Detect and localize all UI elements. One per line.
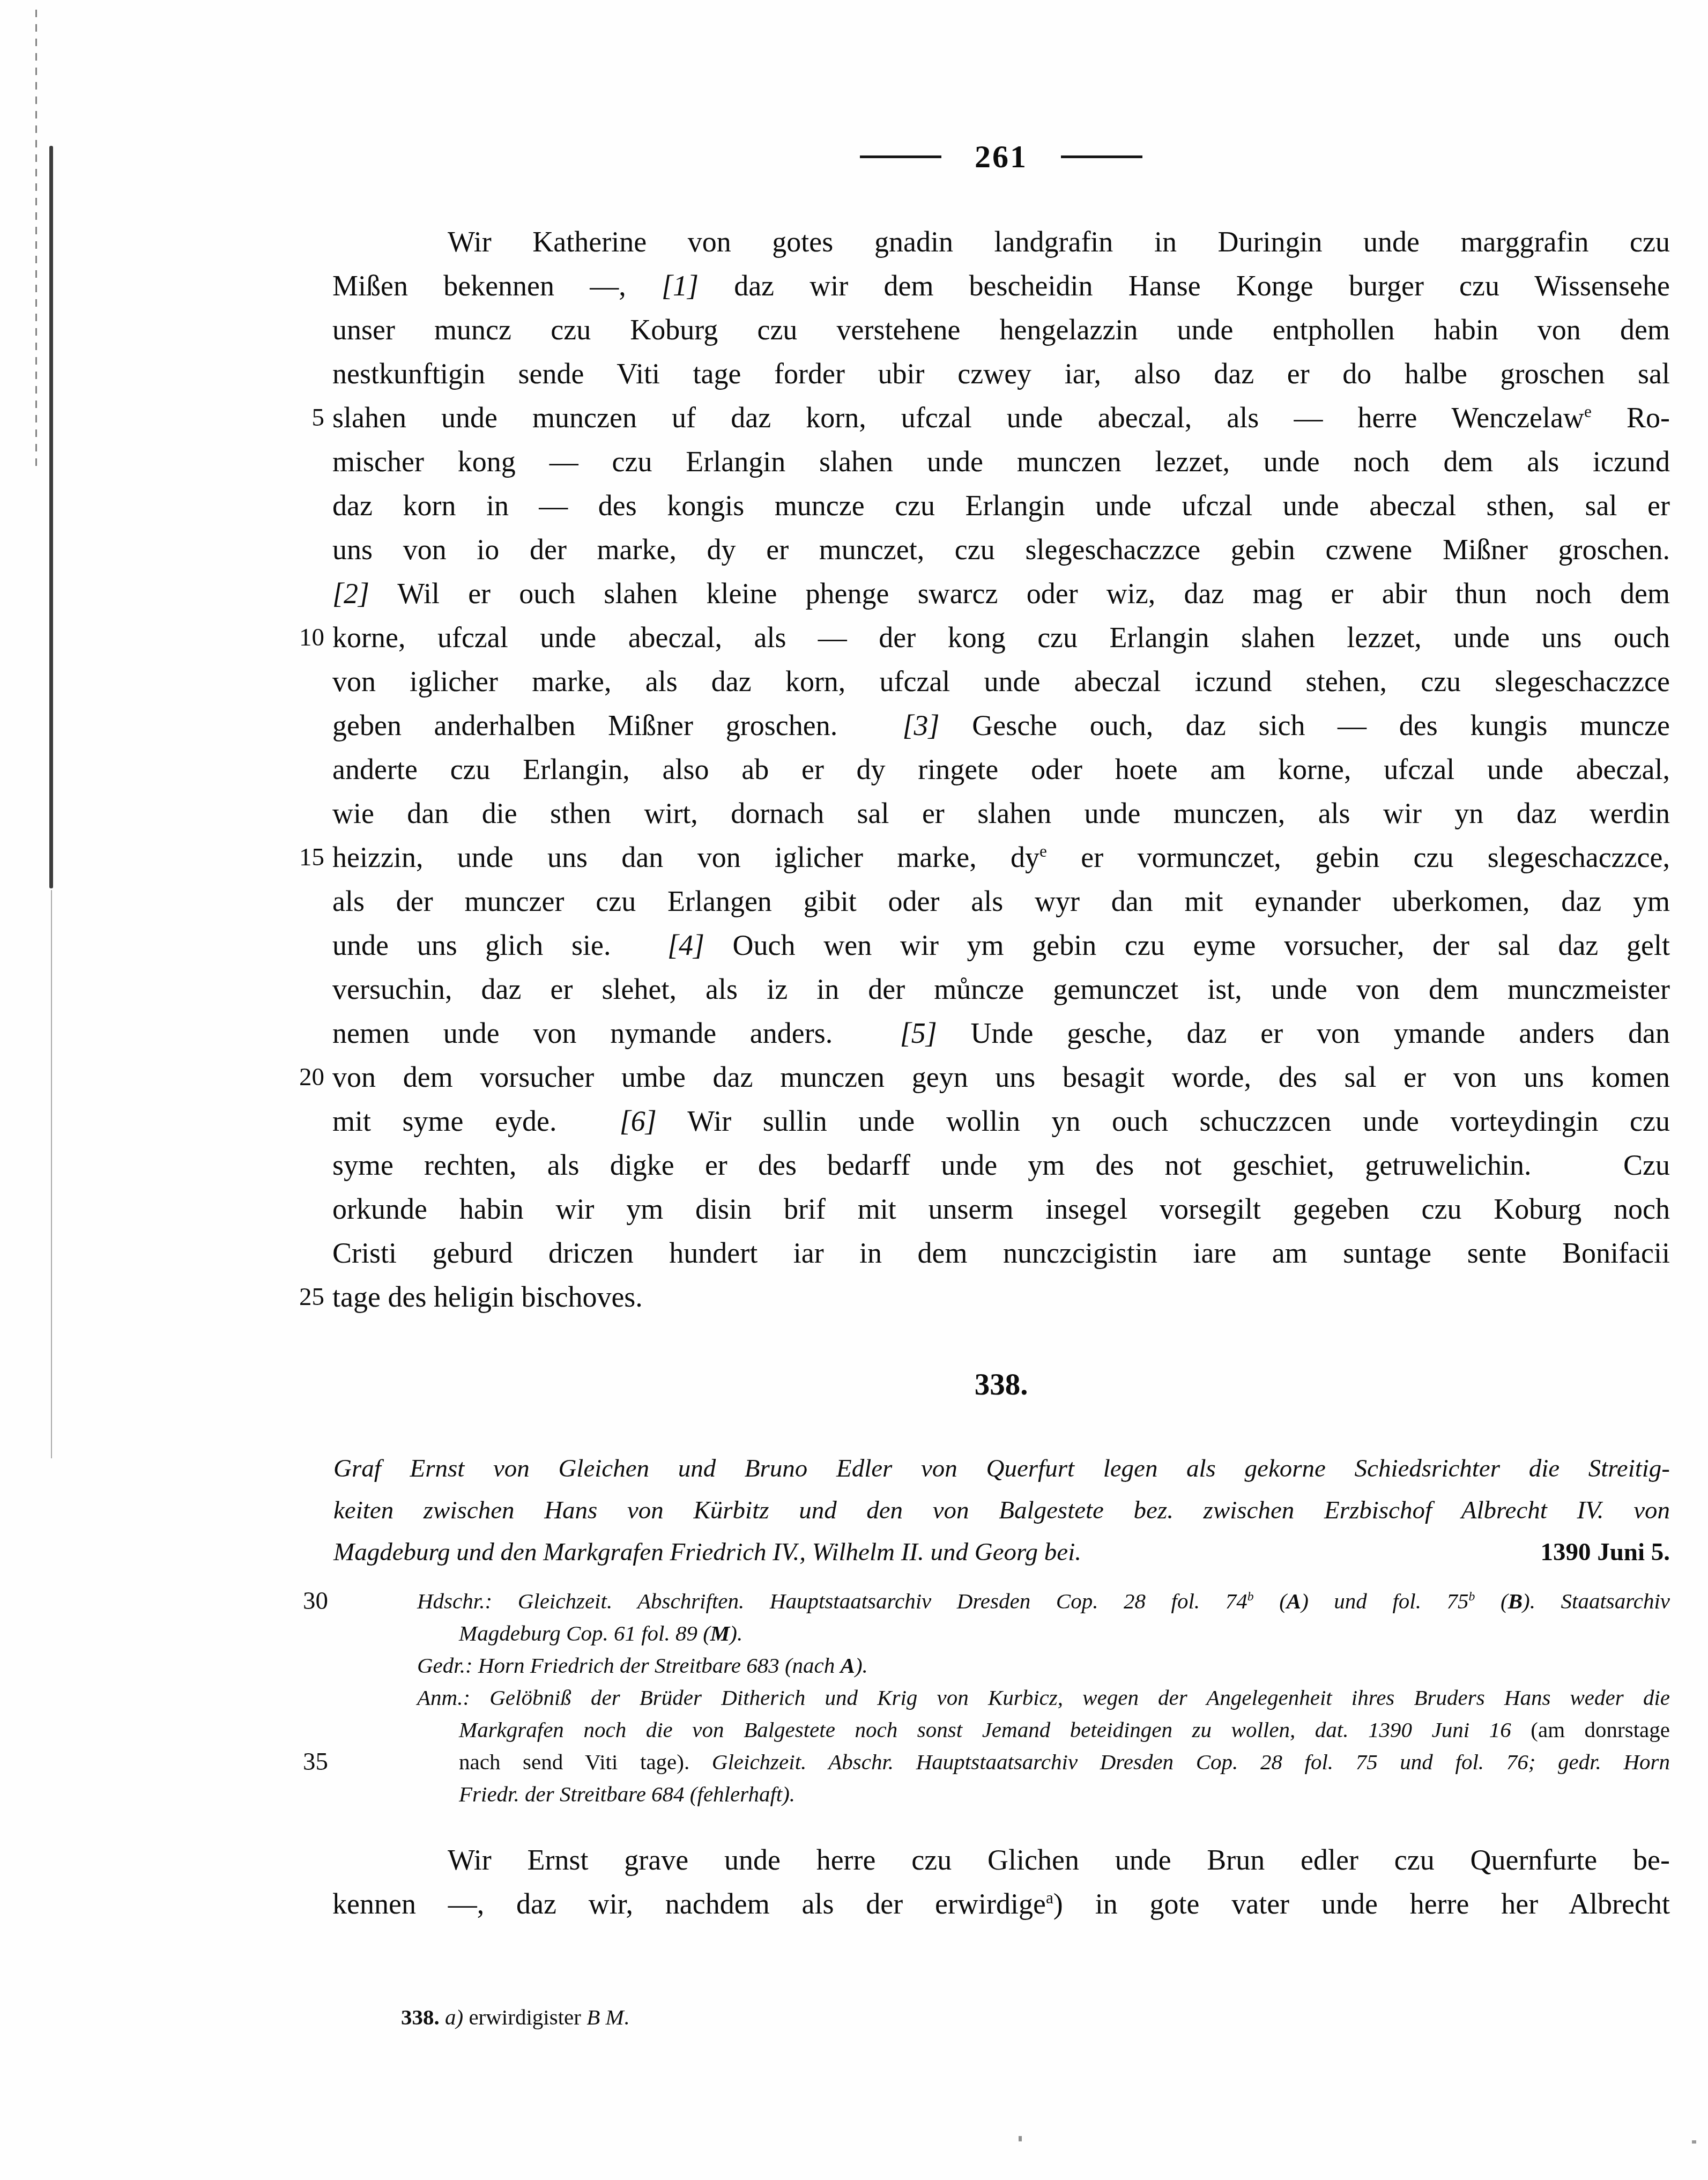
text-line: unde uns glich sie. [4] Ouch wen wir ym …	[332, 923, 1670, 967]
summary-line: Magdeburg und den Markgrafen Friedrich I…	[333, 1531, 1670, 1573]
scan-speck	[1692, 2140, 1696, 2144]
text-line: kennen —, daz wir, nachdem als der erwir…	[332, 1882, 1670, 1926]
line-number: 25	[295, 1275, 324, 1319]
note-line: Markgrafen noch die von Balgestete noch …	[417, 1714, 1670, 1746]
text-line: syme rechten, als digke er des bedarff u…	[332, 1143, 1670, 1187]
text-line: nemen unde von nymande anders. [5] Unde …	[332, 1011, 1670, 1055]
text-line: Wir Ernst grave unde herre czu Glichen u…	[332, 1838, 1670, 1882]
text-line: Cristi geburd driczen hundert iar in dem…	[332, 1231, 1670, 1275]
note-line: Anm.: Gelöbniß der Brüder Ditherich und …	[417, 1681, 1670, 1714]
text-line: daz korn in — des kongis muncze czu Erla…	[332, 484, 1670, 528]
text-line: 20von dem vorsucher umbe daz munczen gey…	[332, 1055, 1670, 1099]
footnote: 338. a) erwirdigister B M.	[401, 2003, 629, 2031]
text-line-content: heizzin, unde uns dan von iglicher marke…	[332, 841, 1670, 873]
line-number: 5	[295, 396, 324, 440]
text-line: unser muncz czu Koburg czu verstehene he…	[332, 308, 1670, 352]
note-line-content: nach send Viti tage). Gleichzeit. Abschr…	[459, 1749, 1670, 1774]
line-number: 15	[295, 835, 324, 879]
text-line: mischer kong — czu Erlangin slahen unde …	[332, 440, 1670, 484]
charter-date: 1390 Juni 5.	[1540, 1531, 1670, 1573]
text-line-content: slahen unde munczen uf daz korn, ufczal …	[332, 402, 1670, 434]
text-line-content: von dem vorsucher umbe daz munczen geyn …	[332, 1061, 1670, 1093]
charter-text-continued: Wir Ernst grave unde herre czu Glichen u…	[332, 1838, 1670, 1926]
scan-artifact-line	[51, 890, 52, 1458]
section-summary: Graf Ernst von Gleichen und Bruno Edler …	[333, 1448, 1670, 1573]
text-line: wie dan die sthen wirt, dornach sal er s…	[332, 791, 1670, 835]
note-line: Gedr.: Horn Friedrich der Streitbare 683…	[417, 1649, 1670, 1681]
scan-artifact-line	[35, 10, 37, 468]
scanned-document-page: 261 Wir Katherine von gotes gnadin landg…	[0, 0, 1708, 2180]
text-line: [2] Wil er ouch slahen kleine phenge swa…	[332, 572, 1670, 616]
text-line: Mißen bekennen —, [1] daz wir dem besche…	[332, 264, 1670, 308]
scan-speck	[1019, 2136, 1022, 2141]
text-line: 25tage des heligin bischoves.	[332, 1275, 1670, 1319]
note-line-content: Hdschr.: Gleichzeit. Abschriften. Haupts…	[417, 1589, 1670, 1613]
line-number: 30	[303, 1585, 324, 1617]
text-line: nestkunftigin sende Viti tage forder ubi…	[332, 352, 1670, 396]
text-line-content: tage des heligin bischoves.	[332, 1281, 643, 1313]
text-line: 5slahen unde munczen uf daz korn, ufczal…	[332, 396, 1670, 440]
charter-text: Wir Katherine von gotes gnadin landgrafi…	[332, 220, 1670, 1319]
note-line: 35nach send Viti tage). Gleichzeit. Absc…	[417, 1746, 1670, 1778]
line-number: 35	[303, 1746, 324, 1778]
summary-line: Graf Ernst von Gleichen und Bruno Edler …	[333, 1448, 1670, 1489]
text-line: versuchin, daz er slehet, als iz in der …	[332, 967, 1670, 1011]
source-notes: 30Hdschr.: Gleichzeit. Abschriften. Haup…	[417, 1585, 1670, 1810]
header-rule-right	[1061, 155, 1142, 158]
note-line: Magdeburg Cop. 61 fol. 89 (M).	[417, 1617, 1670, 1649]
summary-line: keiten zwischen Hans von Kürbitz und den…	[333, 1489, 1670, 1531]
section-heading: 338.	[332, 1367, 1670, 1402]
text-line: als der munczer czu Erlangen gibit oder …	[332, 879, 1670, 923]
header-rule-left	[860, 155, 941, 158]
text-line: 10korne, ufczal unde abeczal, als — der …	[332, 616, 1670, 659]
page-number: 261	[975, 140, 1028, 173]
page-header: 261	[332, 140, 1670, 173]
note-line: Friedr. der Streitbare 684 (fehlerhaft).	[417, 1778, 1670, 1810]
text-line: orkunde habin wir ym disin brif mit unse…	[332, 1187, 1670, 1231]
text-line: 15heizzin, unde uns dan von iglicher mar…	[332, 835, 1670, 879]
line-number: 10	[295, 616, 324, 659]
line-number: 20	[295, 1055, 324, 1099]
summary-line-content: Magdeburg und den Markgrafen Friedrich I…	[333, 1531, 1081, 1573]
text-line: geben anderhalben Mißner groschen. [3] G…	[332, 703, 1670, 747]
text-line: mit syme eyde. [6] Wir sullin unde wolli…	[332, 1099, 1670, 1143]
scan-artifact-line	[49, 146, 53, 888]
text-line: anderte czu Erlangin, also ab er dy ring…	[332, 747, 1670, 791]
text-line: uns von io der marke, dy er munczet, czu…	[332, 528, 1670, 572]
note-line: 30Hdschr.: Gleichzeit. Abschriften. Haup…	[417, 1585, 1670, 1617]
text-line: Wir Katherine von gotes gnadin landgrafi…	[332, 220, 1670, 264]
text-line: von iglicher marke, als daz korn, ufczal…	[332, 659, 1670, 703]
text-line-content: korne, ufczal unde abeczal, als — der ko…	[332, 621, 1670, 654]
